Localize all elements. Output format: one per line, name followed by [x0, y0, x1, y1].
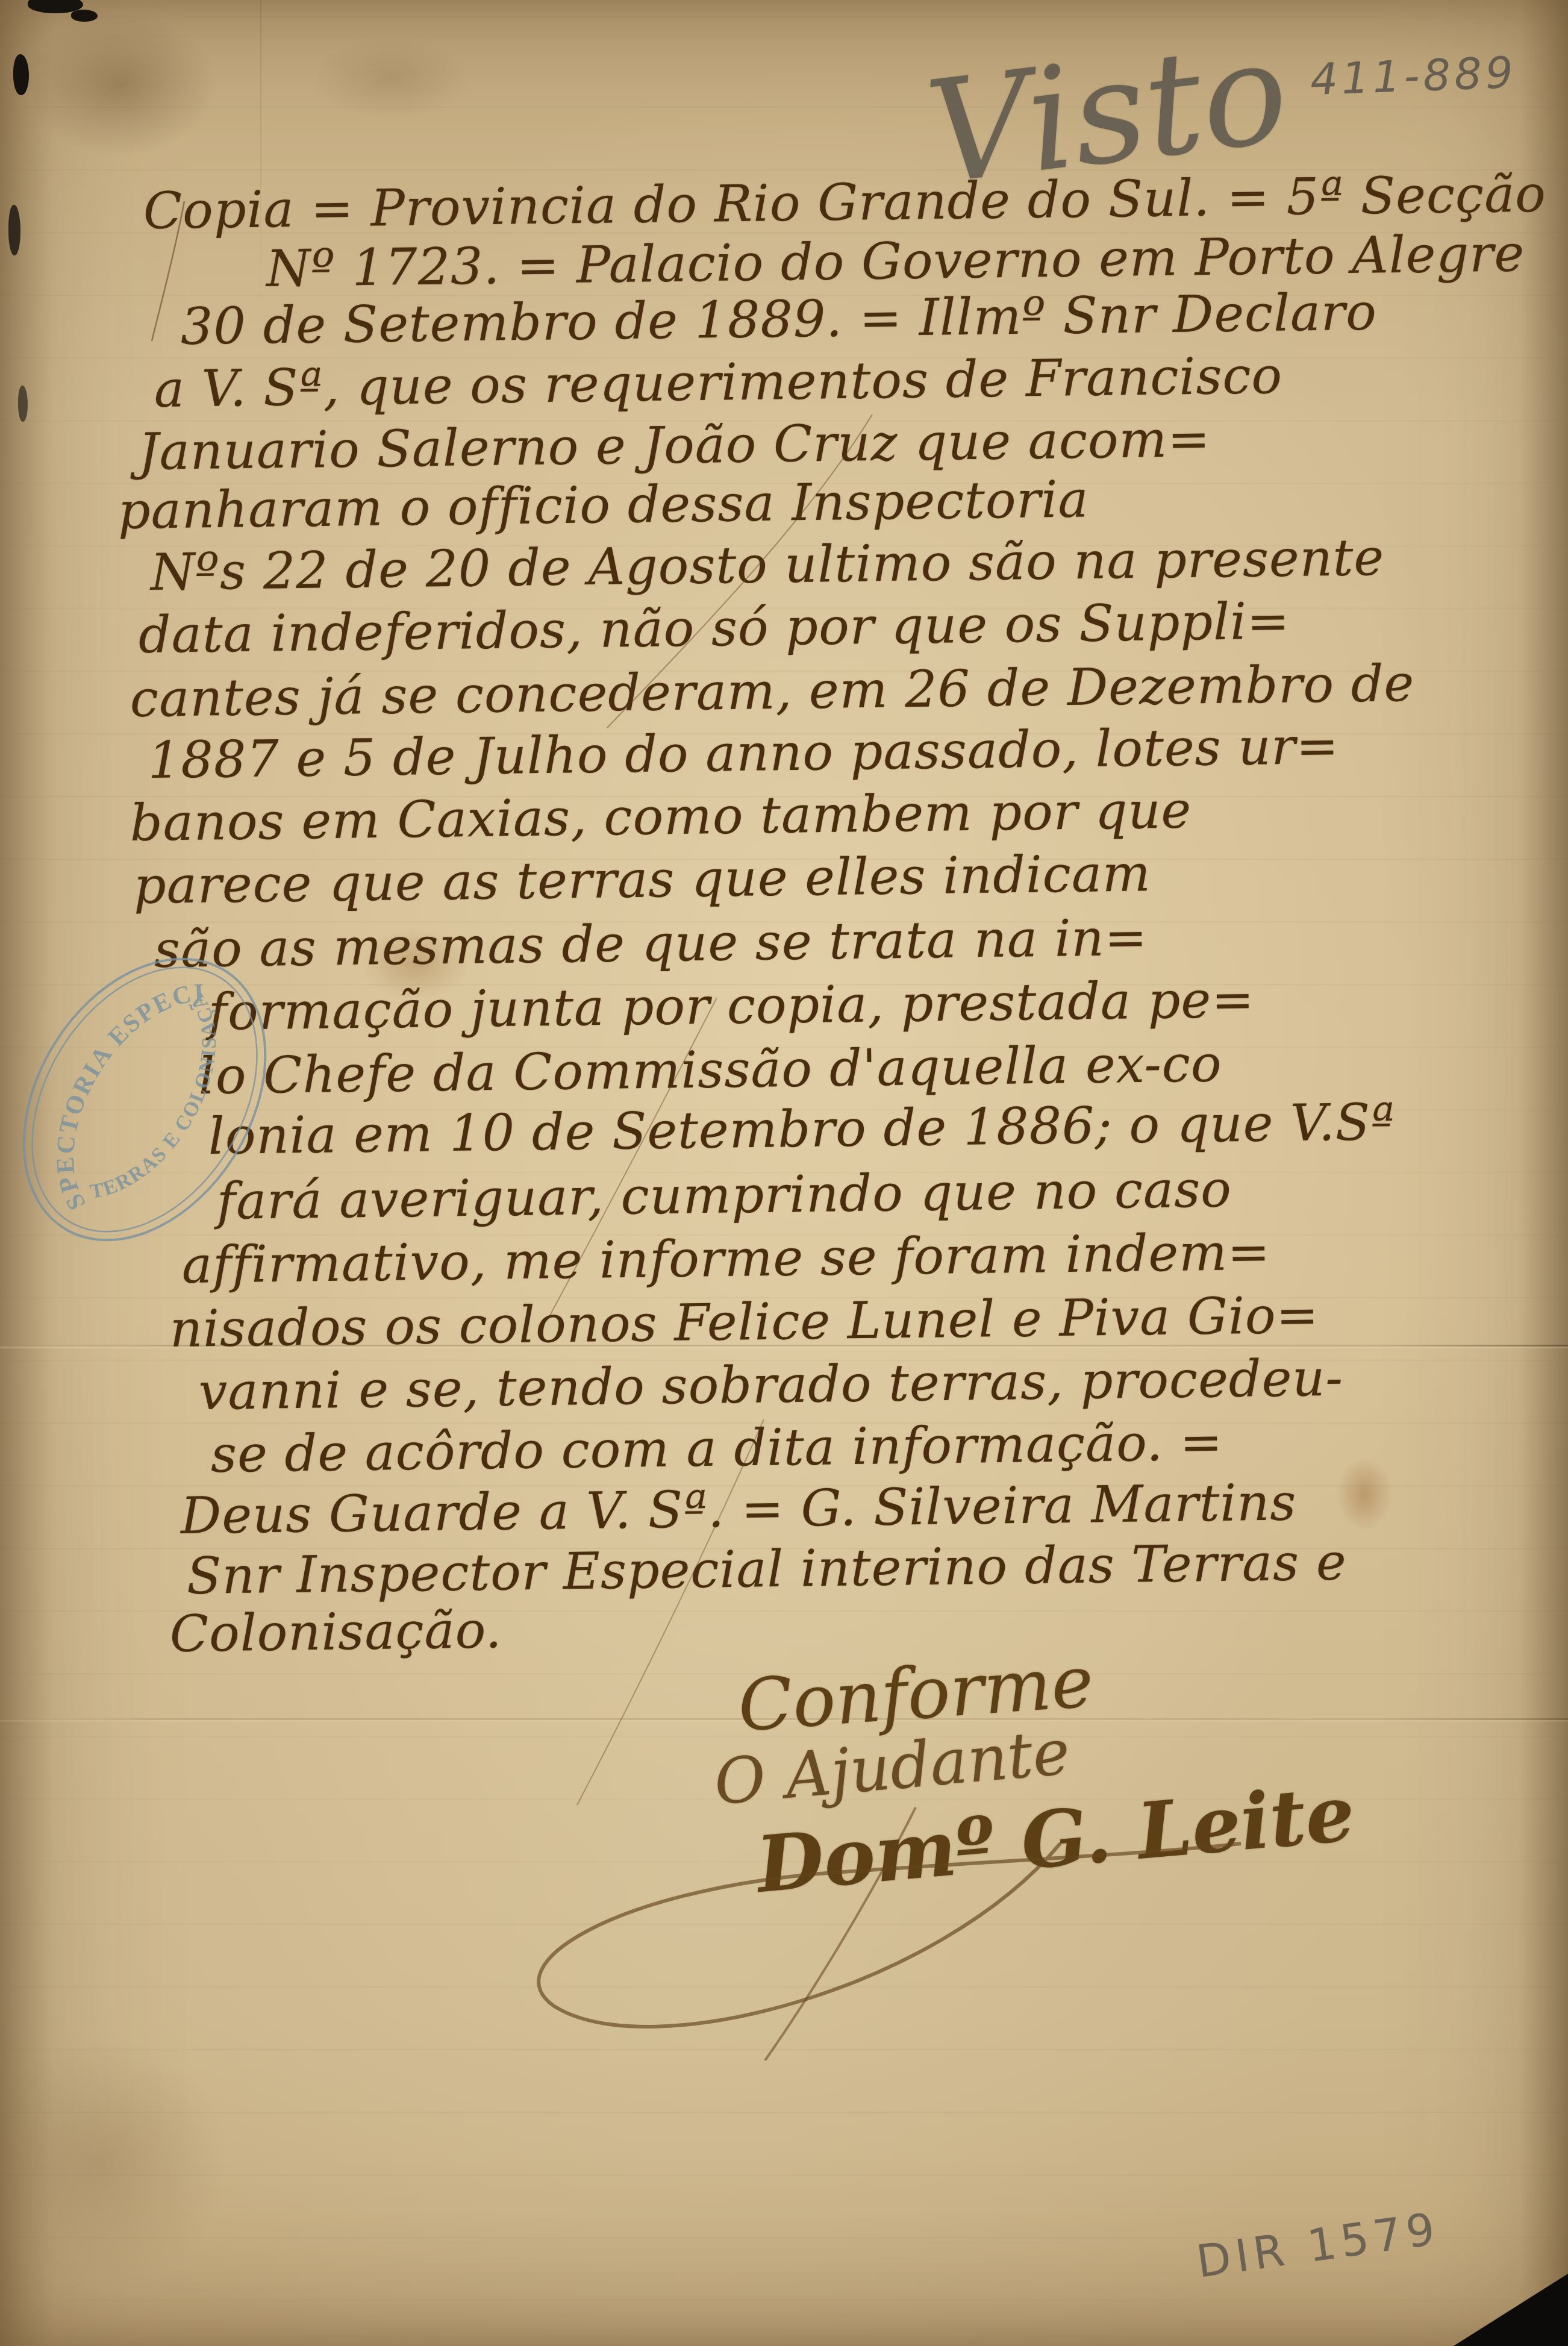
- letter-line: 1887 e 5 de Julho do anno passado, lotes…: [148, 721, 1339, 786]
- fold-crease-top-left: [260, 0, 261, 313]
- edge-tear: [13, 54, 29, 95]
- document-scan: Visto 411-889 DIR 1579 Copia = Provincia…: [0, 0, 1568, 2346]
- letter-line: nisados os colonos Felice Lunel e Piva G…: [169, 1290, 1319, 1354]
- letter-line: vanni e se, tendo sobrado terras, proced…: [198, 1353, 1343, 1417]
- letter-line: Snr Inspector Especial interino das Terr…: [186, 1536, 1347, 1601]
- letter-line: parece que as terras que elles indicam: [133, 848, 1151, 911]
- letter-line: cantes já se concederam, em 26 de Dezemb…: [130, 658, 1414, 724]
- edge-tear: [8, 205, 20, 255]
- letter-line: lonia em 10 de Setembro de 1886; o que V…: [208, 1096, 1395, 1162]
- letter-line: affirmativo, me informe se foram indem=: [181, 1227, 1270, 1290]
- letter-line: Colonisação.: [169, 1604, 502, 1659]
- letter-line: a V. Sª, que os requerimentos de Francis…: [154, 350, 1282, 414]
- letter-line: Nºs 22 de 20 de Agosto ultimo são na pre…: [150, 532, 1384, 598]
- archival-number-top-right: 411-889: [1310, 51, 1517, 101]
- letter-line: se de acôrdo com a dita informação. =: [210, 1416, 1223, 1480]
- letter-line: fará averiguar, cumprindo que no caso: [216, 1163, 1232, 1227]
- letter-line: lo Chefe da Commissão d'aquella ex-co: [198, 1038, 1222, 1101]
- letter-line: Deus Guarde a V. Sª. = G. Silveira Marti…: [180, 1477, 1296, 1541]
- letter-line: banos em Caxias, como tambem por que: [130, 784, 1192, 848]
- edge-tear: [71, 10, 98, 22]
- letter-line: são as mesmas de que se trata na in=: [154, 912, 1148, 975]
- edge-tear: [18, 386, 28, 422]
- letter-line: Januario Salerno e João Cruz que acom=: [138, 413, 1210, 477]
- letter-line: formação junta por copia, prestada pe=: [208, 974, 1255, 1037]
- letter-line: data indeferidos, não só por que os Supp…: [138, 596, 1290, 660]
- letter-line: 30 de Setembro de 1889. = Illmº Snr Decl…: [180, 287, 1377, 352]
- letter-line: panharam o officio dessa Inspectoria: [117, 474, 1089, 536]
